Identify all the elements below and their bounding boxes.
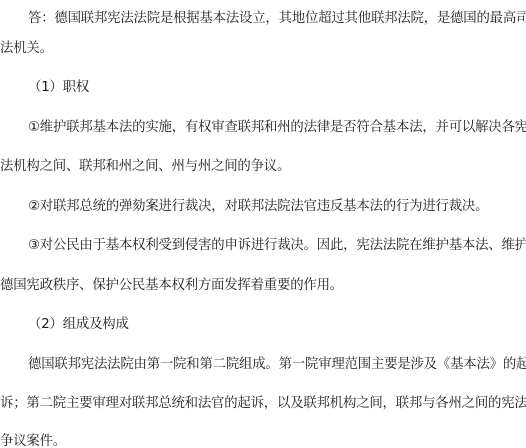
power-item-3-line-1: ③对公民由于基本权利受到侵害的申诉进行裁决。因此，宪法法院在维护基本法、维护 — [28, 237, 526, 255]
power-item-1-line-1: ①维护联邦基本法的实施，有权审查联邦和州的法律是否符合基本法，并可以解决各宪 — [28, 119, 526, 137]
answer-intro-line-1: 答：德国联邦宪法法院是根据基本法设立，其地位超过其他联邦法院，是德国的最高司 — [28, 10, 526, 28]
power-item-3-line-2: 德国宪政秩序、保护公民基本权利方面发挥着重要的作用。 — [0, 277, 343, 295]
composition-paragraph-line-1: 德国联邦宪法法院由第一院和第二院组成。第一院审理范围主要是涉及《基本法》的起 — [28, 356, 526, 374]
answer-intro-line-2: 法机关。 — [0, 40, 53, 58]
section-heading-composition: （2）组成及构成 — [28, 316, 129, 334]
composition-paragraph-line-3: 争议案件。 — [0, 433, 66, 448]
power-item-2: ②对联邦总统的弹劾案进行裁决，对联邦法院法官违反基本法的行为进行裁决。 — [28, 198, 488, 216]
section-heading-powers: （1）职权 — [28, 79, 89, 97]
power-item-1-line-2: 法机构之间、联邦和州之间、州与州之间的争议。 — [0, 158, 290, 176]
composition-paragraph-line-2: 诉；第二院主要审理对联邦总统和法官的起诉，以及联邦机构之间，联邦与各州之间的宪法 — [0, 395, 526, 413]
